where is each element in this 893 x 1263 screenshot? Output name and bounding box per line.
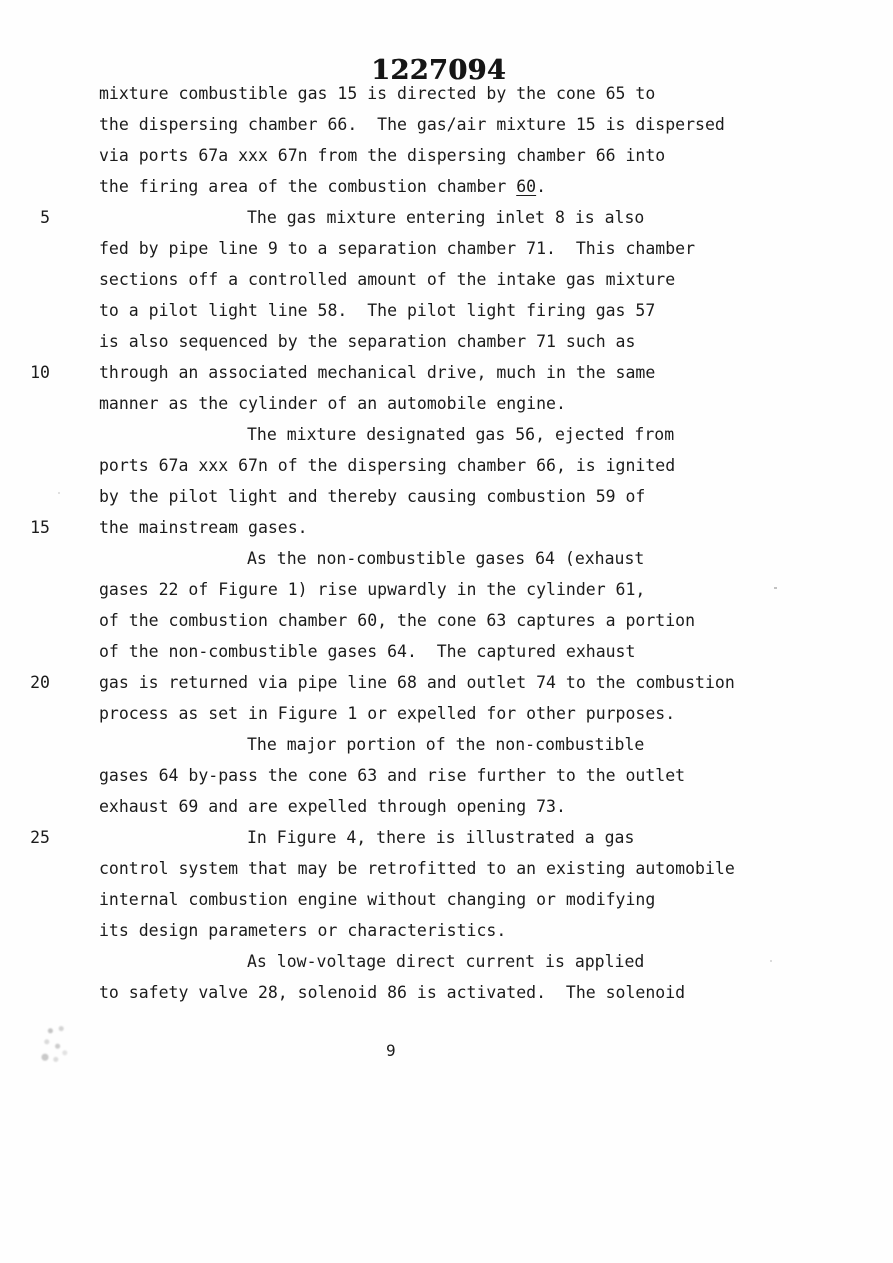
text-segment: The mixture designated gas 56, ejected f…: [247, 425, 674, 444]
text-line: The gas mixture entering inlet 8 is also: [99, 202, 735, 233]
text-line: to a pilot light line 58. The pilot ligh…: [99, 295, 735, 326]
text-segment: exhaust 69 and are expelled through open…: [99, 797, 566, 816]
text-segment: gases 64 by-pass the cone 63 and rise fu…: [99, 766, 685, 785]
body-text: mixture combustible gas 15 is directed b…: [99, 78, 735, 1008]
text-line: the dispersing chamber 66. The gas/air m…: [99, 109, 735, 140]
text-segment: ports 67a xxx 67n of the dispersing cham…: [99, 456, 675, 475]
text-segment: gas is returned via pipe line 68 and out…: [99, 673, 735, 692]
text-segment: by the pilot light and thereby causing c…: [99, 487, 645, 506]
underlined-reference: 60: [516, 177, 536, 196]
text-line: gases 64 by-pass the cone 63 and rise fu…: [99, 760, 735, 791]
text-line: of the non-combustible gases 64. The cap…: [99, 636, 735, 667]
text-line: In Figure 4, there is illustrated a gas: [99, 822, 735, 853]
text-segment: internal combustion engine without chang…: [99, 890, 655, 909]
text-segment: via ports 67a xxx 67n from the dispersin…: [99, 146, 665, 165]
text-line: the mainstream gases.: [99, 512, 735, 543]
margin-line-number: 20: [0, 667, 50, 698]
text-line: to safety valve 28, solenoid 86 is activ…: [99, 977, 735, 1008]
text-segment: the dispersing chamber 66. The gas/air m…: [99, 115, 725, 134]
text-segment: As the non-combustible gases 64 (exhaust: [247, 549, 644, 568]
text-line: ports 67a xxx 67n of the dispersing cham…: [99, 450, 735, 481]
text-line: through an associated mechanical drive, …: [99, 357, 735, 388]
text-line: As low-voltage direct current is applied: [99, 946, 735, 977]
text-segment: fed by pipe line 9 to a separation chamb…: [99, 239, 695, 258]
text-segment: As low-voltage direct current is applied: [247, 952, 644, 971]
page-number: 9: [386, 1040, 396, 1062]
scan-speck: [770, 960, 772, 962]
text-line: the firing area of the combustion chambe…: [99, 171, 735, 202]
text-segment: through an associated mechanical drive, …: [99, 363, 655, 382]
line-number-column: 510152025: [0, 0, 50, 1263]
text-segment: process as set in Figure 1 or expelled f…: [99, 704, 675, 723]
text-segment: sections off a controlled amount of the …: [99, 270, 675, 289]
text-segment: of the non-combustible gases 64. The cap…: [99, 642, 635, 661]
text-segment: mixture combustible gas 15 is directed b…: [99, 84, 655, 103]
margin-line-number: 5: [0, 202, 50, 233]
text-segment: of the combustion chamber 60, the cone 6…: [99, 611, 695, 630]
text-line: The major portion of the non-combustible: [99, 729, 735, 760]
text-line: of the combustion chamber 60, the cone 6…: [99, 605, 735, 636]
text-segment: The gas mixture entering inlet 8 is also: [247, 208, 644, 227]
text-line: fed by pipe line 9 to a separation chamb…: [99, 233, 735, 264]
margin-line-number: 10: [0, 357, 50, 388]
text-segment: .: [536, 177, 546, 196]
text-segment: to a pilot light line 58. The pilot ligh…: [99, 301, 655, 320]
scan-speck: [58, 492, 60, 494]
text-line: process as set in Figure 1 or expelled f…: [99, 698, 735, 729]
text-segment: to safety valve 28, solenoid 86 is activ…: [99, 983, 685, 1002]
text-line: by the pilot light and thereby causing c…: [99, 481, 735, 512]
document-page: 1227094 510152025 mixture combustible ga…: [0, 0, 893, 1263]
text-segment: manner as the cylinder of an automobile …: [99, 394, 566, 413]
text-line: gas is returned via pipe line 68 and out…: [99, 667, 735, 698]
text-segment: gases 22 of Figure 1) rise upwardly in t…: [99, 580, 645, 599]
text-line: is also sequenced by the separation cham…: [99, 326, 735, 357]
text-segment: control system that may be retrofitted t…: [99, 859, 735, 878]
text-line: sections off a controlled amount of the …: [99, 264, 735, 295]
text-segment: In Figure 4, there is illustrated a gas: [247, 828, 634, 847]
text-line: manner as the cylinder of an automobile …: [99, 388, 735, 419]
text-line: internal combustion engine without chang…: [99, 884, 735, 915]
margin-line-number: 15: [0, 512, 50, 543]
text-line: As the non-combustible gases 64 (exhaust: [99, 543, 735, 574]
scan-speck: [774, 587, 777, 589]
text-line: The mixture designated gas 56, ejected f…: [99, 419, 735, 450]
text-line: its design parameters or characteristics…: [99, 915, 735, 946]
text-segment: is also sequenced by the separation cham…: [99, 332, 635, 351]
text-line: exhaust 69 and are expelled through open…: [99, 791, 735, 822]
patent-number-stamp: 1227094: [371, 55, 506, 86]
text-segment: its design parameters or characteristics…: [99, 921, 506, 940]
text-line: control system that may be retrofitted t…: [99, 853, 735, 884]
text-line: gases 22 of Figure 1) rise upwardly in t…: [99, 574, 735, 605]
text-segment: the firing area of the combustion chambe…: [99, 177, 516, 196]
text-segment: The major portion of the non-combustible: [247, 735, 644, 754]
text-segment: the mainstream gases.: [99, 518, 308, 537]
margin-line-number: 25: [0, 822, 50, 853]
text-line: via ports 67a xxx 67n from the dispersin…: [99, 140, 735, 171]
